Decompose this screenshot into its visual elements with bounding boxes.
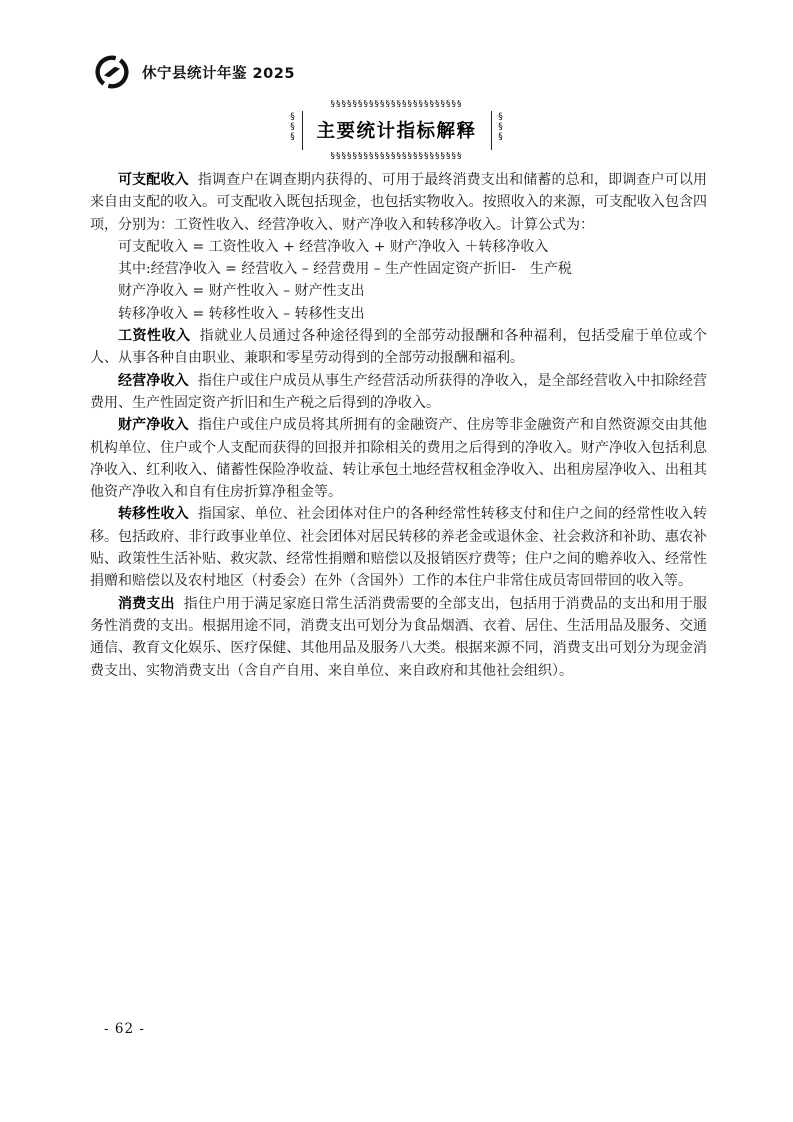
page-footer: - 62 -: [104, 1021, 145, 1037]
term-disposable-income: 可支配收入: [118, 172, 189, 188]
indicator-definitions: 可支配收入指调查户在调查期内获得的、可用于最终消费支出和储蓄的总和，即调查户可以…: [90, 169, 707, 682]
formula-operating-net-income: 其中:经营净收入 = 经营收入 – 经营费用 – 生产性固定资产折旧- 生产税: [90, 258, 707, 280]
ornament-scroll-top: §§§§§§§§§§§§§§§§§§§§§§§§: [330, 100, 462, 109]
title-box-middle: §§§ 主要统计指标解释 §§§: [286, 111, 506, 150]
yearbook-title: 休宁县统计年鉴 2025: [142, 62, 295, 83]
ornament-scroll-bottom: §§§§§§§§§§§§§§§§§§§§§§§§: [330, 152, 462, 161]
ornament-vine-right: §§§: [495, 111, 507, 150]
term-consumption-expenditure: 消费支出: [118, 596, 175, 612]
title-box-inner: 主要统计指标解释: [301, 111, 491, 150]
page-title: 主要统计指标解释: [316, 117, 476, 143]
page-number: - 62 -: [104, 1021, 145, 1037]
term-property-net-income: 财产净收入: [118, 417, 189, 433]
formula-property-net-income: 财产净收入 = 财产性收入 – 财产性支出: [90, 280, 707, 302]
paragraph-transfer-income: 转移性收入指国家、单位、社会团体对住户的各种经常性转移支付和住户之间的经常性收入…: [90, 503, 707, 592]
yearbook-logo-icon: [93, 52, 131, 92]
term-transfer-income: 转移性收入: [118, 506, 189, 522]
paragraph-property-net-income: 财产净收入指住户或住户成员将其所拥有的金融资产、住房等非金融资产和自然资源交由其…: [90, 414, 707, 503]
section-title-box: §§§§§§§§§§§§§§§§§§§§§§§§ §§§ 主要统计指标解释 §§…: [286, 100, 506, 161]
formula-transfer-net-income: 转移净收入 = 转移性收入 – 转移性支出: [90, 303, 707, 325]
term-operating-net-income: 经营净收入: [118, 373, 189, 389]
ornament-vine-left: §§§: [286, 111, 298, 150]
paragraph-wage-income: 工资性收入指就业人员通过各种途径得到的全部劳动报酬和各种福利，包括受雇于单位或个…: [90, 325, 707, 370]
term-wage-income: 工资性收入: [118, 328, 191, 344]
formula-disposable-income: 可支配收入 = 工资性收入 + 经营净收入 + 财产净收入 ＋转移净收入: [90, 236, 707, 258]
formula-block: 可支配收入 = 工资性收入 + 经营净收入 + 财产净收入 ＋转移净收入 其中:…: [90, 236, 707, 325]
paragraph-operating-net-income: 经营净收入指住户或住户成员从事生产经营活动所获得的净收入，是全部经营收入中扣除经…: [90, 370, 707, 415]
paragraph-disposable-income: 可支配收入指调查户在调查期内获得的、可用于最终消费支出和储蓄的总和，即调查户可以…: [90, 169, 707, 236]
page-header: 休宁县统计年鉴 2025: [93, 52, 295, 92]
definition-consumption-expenditure: 指住户用于满足家庭日常生活消费需要的全部支出，包括用于消费品的支出和用于服务性消…: [90, 596, 707, 679]
paragraph-consumption-expenditure: 消费支出指住户用于满足家庭日常生活消费需要的全部支出，包括用于消费品的支出和用于…: [90, 593, 707, 682]
yearbook-page: { "header": { "title": "休宁县统计年鉴 2025" },…: [0, 0, 793, 1122]
